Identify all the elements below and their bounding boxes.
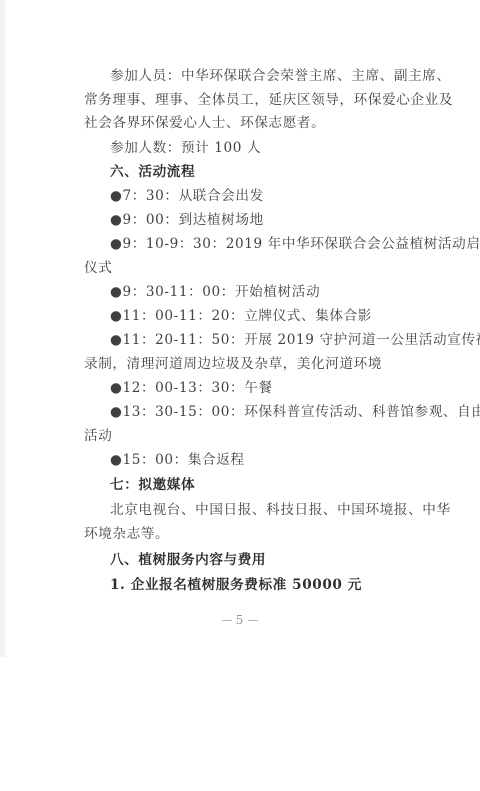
schedule-item: ●7：30：从联合会出发 (110, 187, 264, 205)
schedule-item: ●12：00-13：30：午餐 (110, 379, 273, 397)
media-line-2: 环境杂志等。 (84, 525, 169, 543)
schedule-item: ●13：30-15：00：环保科普宣传活动、科普馆参观、自由 (110, 403, 480, 421)
page-number-value: 5 (236, 613, 245, 627)
dash-right (248, 620, 258, 622)
attendees-line-3: 社会各界环保爱心人士、环保志愿者。 (84, 114, 325, 132)
section-heading-schedule: 六、活动流程 (110, 163, 195, 181)
schedule-item: ●11：20-11：50：开展 2019 守护河道一公里活动宣传视频 (110, 331, 480, 349)
section-heading-services: 八、植树服务内容与费用 (110, 551, 266, 569)
service-fee-item: 1. 企业报名植树服务费标准 50000 元 (110, 576, 362, 594)
schedule-item-continuation: 活动 (84, 427, 112, 445)
schedule-item-continuation: 录制，清理河道周边垃圾及杂草，美化河道环境 (84, 355, 382, 373)
schedule-item-continuation: 仪式 (84, 259, 112, 277)
schedule-item: ●9：10-9：30：2019 年中华环保联合会公益植树活动启动 (110, 235, 480, 253)
attendees-line-1: 参加人员：中华环保联合会荣誉主席、主席、副主席、 (110, 67, 451, 85)
document-page: 参加人员：中华环保联合会荣誉主席、主席、副主席、 常务理事、理事、全体员工，延庆… (0, 0, 480, 657)
schedule-item: ●15：00：集合返程 (110, 451, 245, 469)
page-number: 5 (0, 613, 480, 627)
schedule-item: ●9：30-11：00：开始植树活动 (110, 283, 320, 301)
page-edge-shadow (0, 0, 6, 657)
schedule-item: ●11：00-11：20：立牌仪式、集体合影 (110, 307, 372, 325)
section-heading-media: 七：拟邀媒体 (110, 476, 195, 494)
schedule-item: ●9：00：到达植树场地 (110, 211, 264, 229)
attendees-line-2: 常务理事、理事、全体员工，延庆区领导，环保爱心企业及 (84, 91, 453, 109)
dash-left (222, 620, 232, 622)
media-line-1: 北京电视台、中国日报、科技日报、中国环境报、中华 (110, 501, 451, 519)
attendee-count: 参加人数：预计 100 人 (110, 139, 261, 157)
